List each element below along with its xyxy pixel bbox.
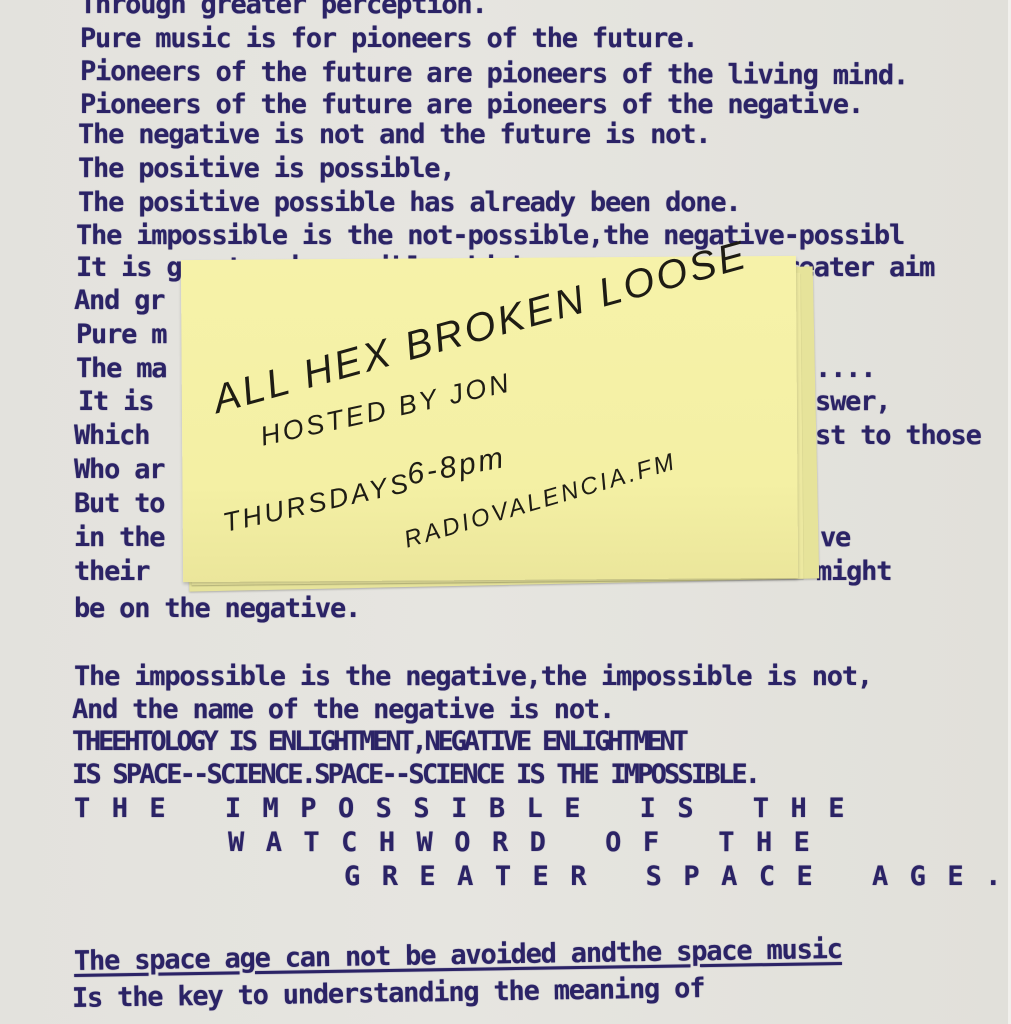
typed-line: Pioneers of the future are pioneers of t… <box>80 88 1011 122</box>
typed-line: The negative is not and the future is no… <box>78 118 1011 152</box>
typed-line: The impossible is the not-possible,the n… <box>76 219 1011 253</box>
typed-line: IS SPACE--SCIENCE.SPACE--SCIENCE IS THE … <box>72 758 1011 792</box>
typed-line: be on the negative. <box>74 592 1011 626</box>
typed-line: The impossible is the negative,the impos… <box>74 660 1011 694</box>
note-day: THURSDAYS <box>220 467 414 538</box>
spaced-heading-line: G R E A T E R S P A C E A G E . <box>344 860 1011 894</box>
typed-line: Pure music is for pioneers of the future… <box>80 22 1011 56</box>
typed-line: The positive possible has already been d… <box>78 186 1011 220</box>
spaced-heading-line: W A T C H W O R D O F T H E <box>228 826 1011 860</box>
typed-line: Through greater perception. <box>80 0 1011 22</box>
typed-line: The positive is possible, <box>78 152 1011 186</box>
typed-fragment: nswer, <box>800 385 1011 419</box>
note-time: 6-8pm <box>404 441 509 493</box>
typed-line: THEEHTOLOGY IS ENLIGHTMENT,NEGATIVE ENLI… <box>72 725 1011 759</box>
sticky-note: ALL HEX BROKEN LOOSE HOSTED BY JON 6-8pm… <box>181 256 798 582</box>
typed-line: And the name of the negative is not. <box>72 693 1011 727</box>
typed-fragment: ..... <box>800 352 1011 386</box>
spaced-heading-line: T H E I M P O S S I B L E I S T H E <box>74 792 1011 826</box>
typed-fragment: ve <box>820 521 1011 555</box>
typed-fragment: ist to those <box>800 419 1011 453</box>
typed-fragment: might <box>816 555 1011 589</box>
